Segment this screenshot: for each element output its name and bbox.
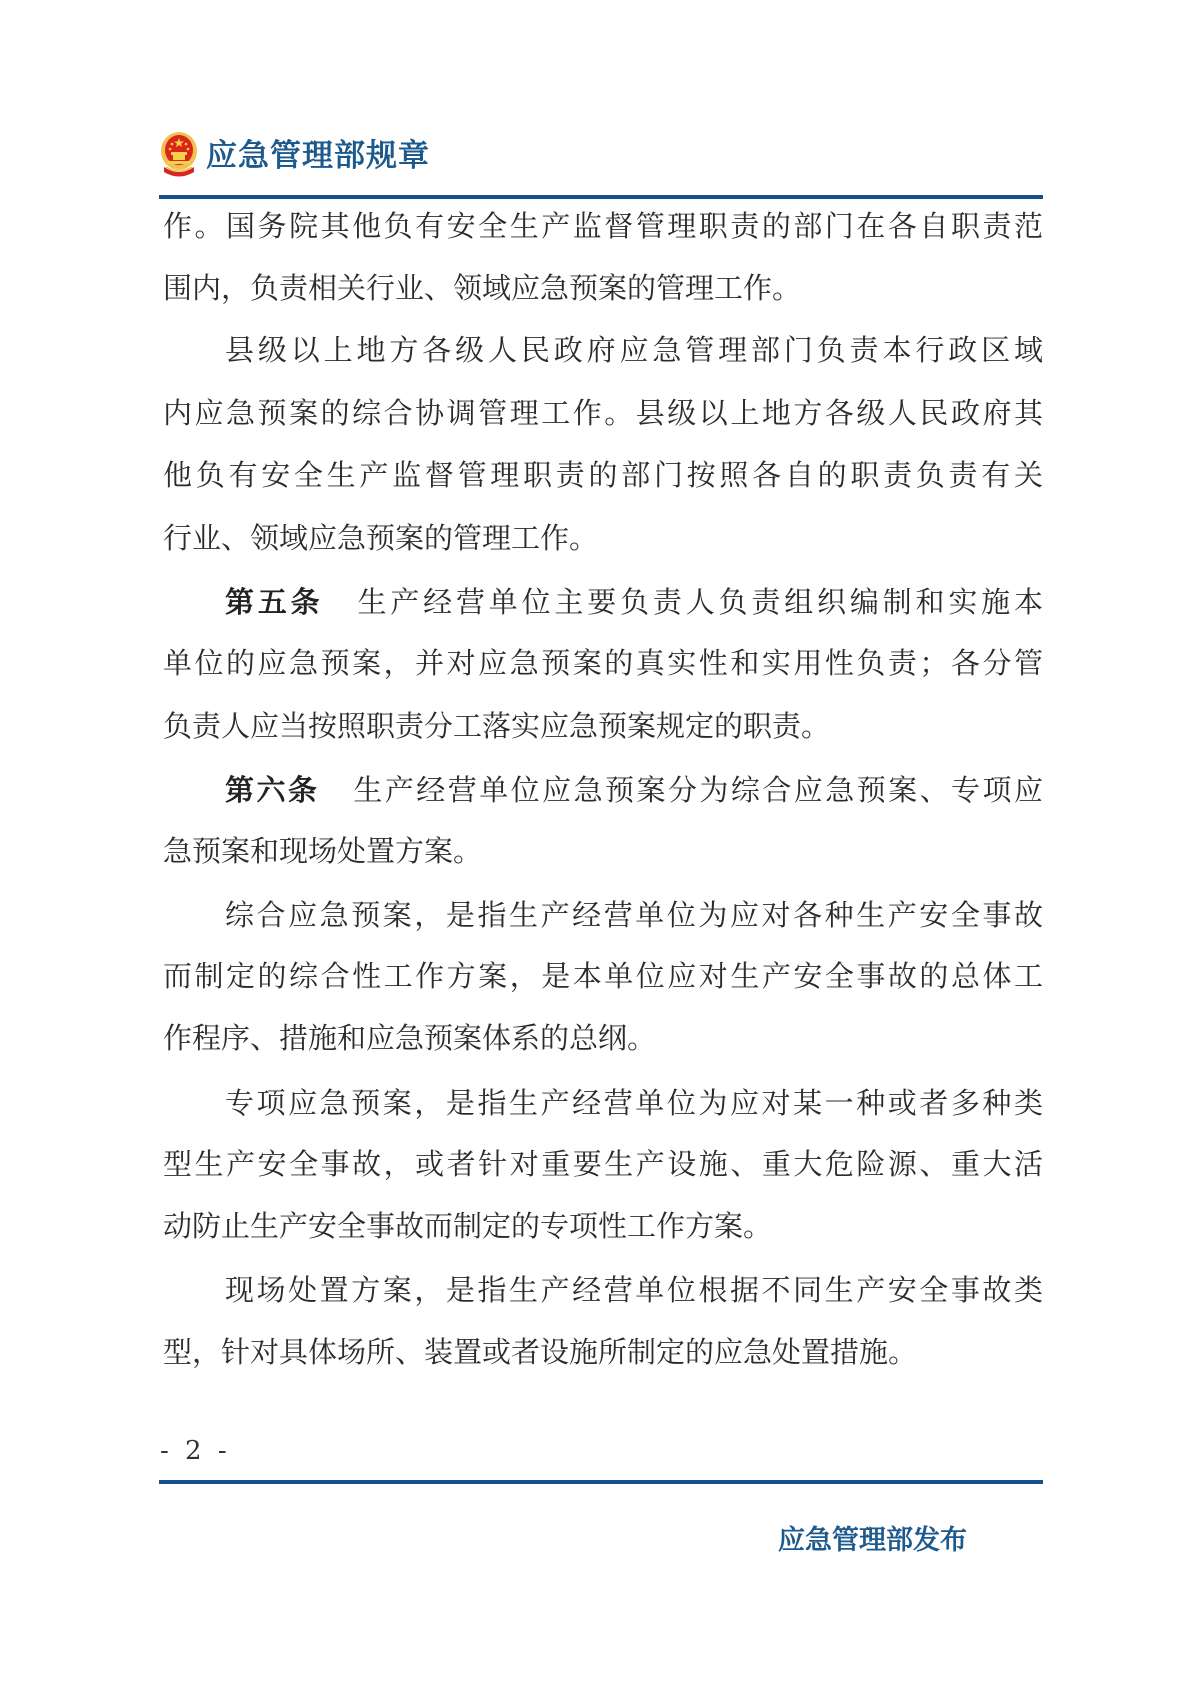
text-line: 内应急预案的综合协调管理工作。县级以上地方各级人民政府其 — [163, 395, 1043, 431]
text-line: 而制定的综合性工作方案，是本单位应对生产安全事故的总体工 — [163, 958, 1043, 994]
text-line: 作。国务院其他负有安全生产监督管理职责的部门在各自职责范 — [163, 208, 1043, 244]
text-line: 行业、领域应急预案的管理工作。 — [163, 520, 1043, 556]
text-line: 负责人应当按照职责分工落实应急预案规定的职责。 — [163, 708, 1043, 744]
national-emblem-icon — [160, 131, 198, 181]
text-line: 动防止生产安全事故而制定的专项性工作方案。 — [163, 1208, 1043, 1244]
footer-divider — [159, 1480, 1043, 1484]
footer-publisher: 应急管理部发布 — [778, 1518, 967, 1557]
paragraph-start-line: 县级以上地方各级人民政府应急管理部门负责本行政区域 — [225, 332, 1043, 368]
article-label: 第六条 — [225, 773, 319, 807]
article-label: 第五条 — [225, 585, 323, 619]
text-line: 他负有安全生产监督管理职责的部门按照各自的职责负责有关 — [163, 457, 1043, 493]
page-header: 应急管理部规章 — [160, 128, 430, 184]
text-line: 单位的应急预案，并对应急预案的真实性和实用性负责；各分管 — [163, 645, 1043, 681]
text-line: 型生产安全事故，或者针对重要生产设施、重大危险源、重大活 — [163, 1146, 1043, 1182]
paragraph-start-line: 现场处置方案，是指生产经营单位根据不同生产安全事故类 — [225, 1272, 1043, 1308]
header-divider — [159, 195, 1043, 199]
text-line: 作程序、措施和应急预案体系的总纲。 — [163, 1020, 1043, 1056]
paragraph-start-line: 综合应急预案，是指生产经营单位为应对各种生产安全事故 — [225, 897, 1043, 933]
page-number: - 2 - — [160, 1436, 231, 1466]
text-line: 急预案和现场处置方案。 — [163, 833, 1043, 869]
paragraph-start-line: 专项应急预案，是指生产经营单位为应对某一种或者多种类 — [225, 1085, 1043, 1121]
text-line: 围内，负责相关行业、领域应急预案的管理工作。 — [163, 270, 1043, 306]
article-6-heading-line: 第六条生产经营单位应急预案分为综合应急预案、专项应 — [225, 772, 1043, 808]
header-title: 应急管理部规章 — [206, 141, 430, 172]
document-page: 应急管理部规章 作。国务院其他负有安全生产监督管理职责的部门在各自职责范 围内，… — [0, 0, 1190, 1683]
article-5-heading-line: 第五条生产经营单位主要负责人负责组织编制和实施本 — [225, 584, 1043, 620]
text-line: 型，针对具体场所、装置或者设施所制定的应急处置措施。 — [163, 1334, 1043, 1370]
